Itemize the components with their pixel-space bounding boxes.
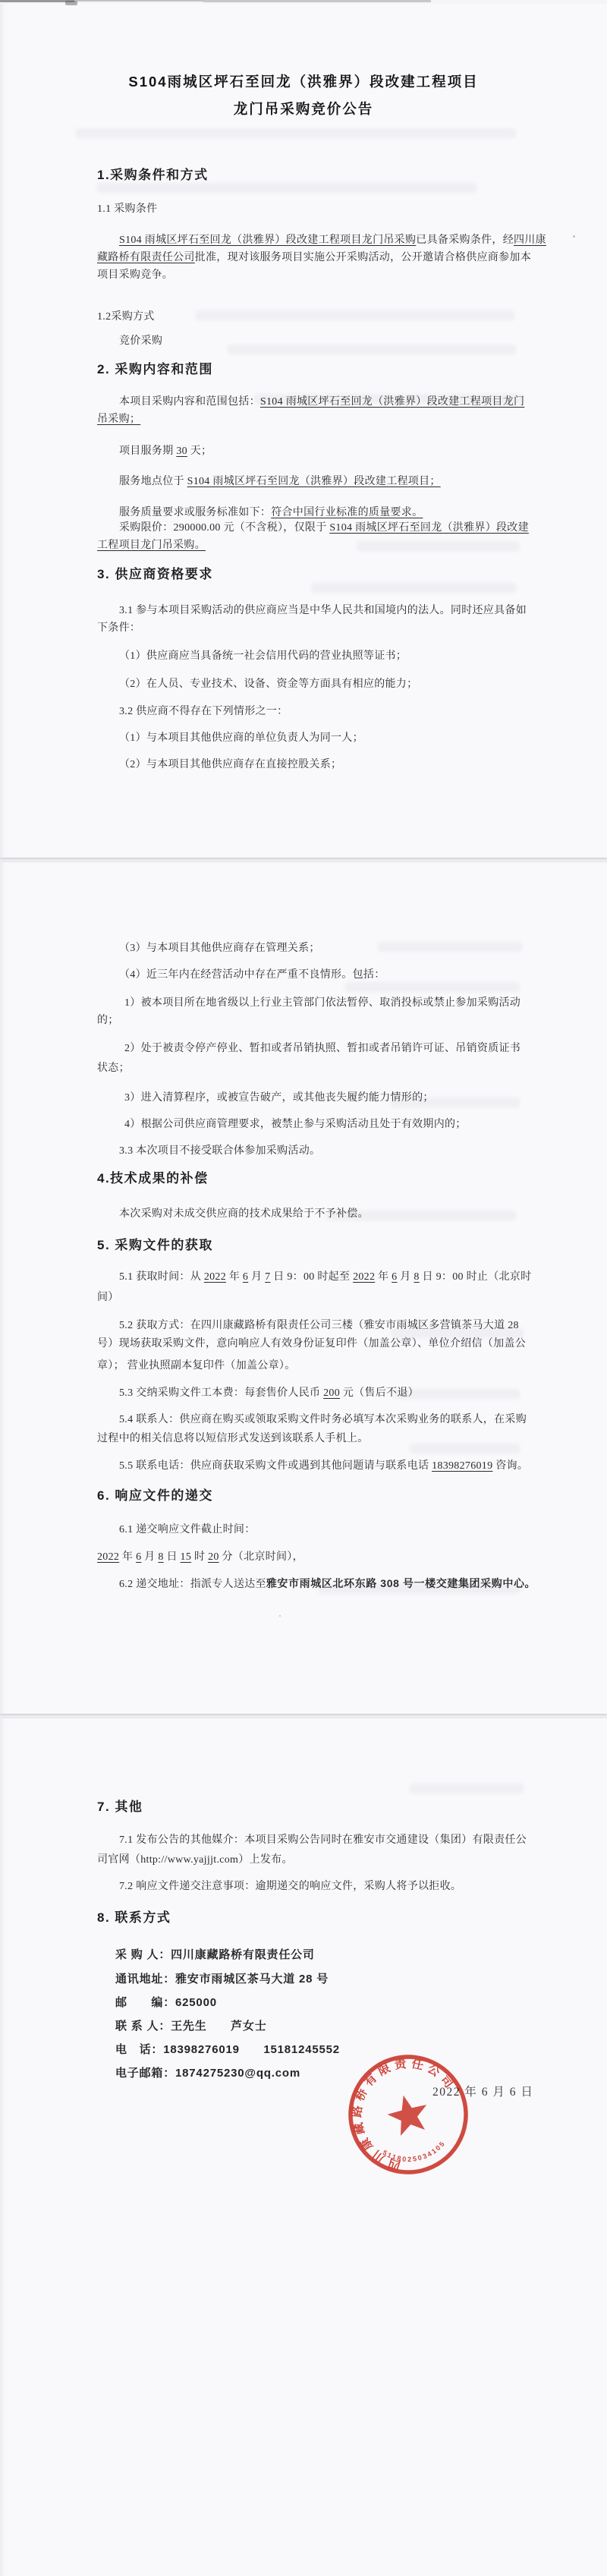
bad-record-4: 4）根据公司供应商管理要求，被禁止参与采购活动且处于有效期内的； xyxy=(124,1116,467,1131)
text-segment: 服务地点位于 xyxy=(119,476,187,487)
service-location: 服务地点位于 S104 雨城区坪石至回龙（洪雅界）段改建工程项目； xyxy=(119,473,441,488)
page-3 xyxy=(0,1718,607,2576)
contact-address: 通讯地址：雅安市雨城区茶马大道 28 号 xyxy=(115,1970,329,1986)
document-scan: S104雨城区坪石至回龙（洪雅界）段改建工程项目 龙门吊采购竞价公告 1.采购条… xyxy=(0,0,607,2576)
text-segment: S104 雨城区坪石至回龙（洪雅界）段改建工程项目； xyxy=(187,476,441,487)
deadline-date: 2022 年 6 月 8 日 15 时 20 分（北京时间）， xyxy=(97,1548,303,1564)
bleed-through-smudge xyxy=(97,183,476,193)
section-6-heading: 6. 响应文件的递交 xyxy=(97,1485,213,1504)
contact-phones: 电 话：18398276019 15181245552 xyxy=(115,2041,340,2057)
section-2-heading: 2. 采购内容和范围 xyxy=(97,358,213,377)
text-segment: 日 9：00 时起至 xyxy=(270,1271,353,1283)
text-segment: 5.5 联系电话：供应商获取采购文件或遇到其他问题请与联系电话 xyxy=(119,1460,432,1472)
qualification-item-2: （2）在人员、专业技术、设备、资金等方面具有相应的能力； xyxy=(119,675,417,691)
text-segment: 本项目采购内容和范围包括： xyxy=(119,396,260,408)
bleed-through-smudge xyxy=(410,1784,524,1793)
scan-edge-blot xyxy=(65,1,77,5)
price-limit-line2: 工程项目龙门吊采购。 xyxy=(97,537,206,552)
text-segment: 分（北京时间）， xyxy=(219,1551,303,1563)
price-limit-line1: 采购限价：290000.00 元（不含税），仅限于 S104 雨城区坪石至回龙（… xyxy=(119,519,529,534)
para-3-1-line1: 3.1 参与本项目采购活动的供应商应当是中华人民共和国境内的法人。同时还应具备如 xyxy=(119,602,527,617)
scan-edge-light-segment xyxy=(74,0,203,2)
doc-title-line2: 龙门吊采购竞价公告 xyxy=(0,99,607,118)
para-5-5: 5.5 联系电话：供应商获取采购文件或遇到其他问题请与联系电话 18398276… xyxy=(119,1457,528,1472)
text-segment: 元（售后不退） xyxy=(340,1387,419,1399)
text-segment: 日 9：00 时止（北京时 xyxy=(420,1271,532,1283)
service-quality: 服务质量要求或服务标准如下：符合中国行业标准的质量要求。 xyxy=(119,504,423,519)
text-segment: 年 xyxy=(226,1271,243,1283)
text-segment: 服务质量要求或服务标准如下： xyxy=(119,507,271,518)
bleed-through-smudge xyxy=(410,1444,520,1453)
text-segment: 2022 xyxy=(353,1271,375,1283)
scan-edge-top xyxy=(0,0,607,4)
bleed-through-smudge xyxy=(76,128,516,138)
text-segment: 30 xyxy=(176,446,187,457)
text-segment: 8 xyxy=(158,1551,163,1563)
text-segment: 20 xyxy=(208,1551,219,1563)
para-6-1: 6.1 递交响应文件截止时间： xyxy=(119,1521,256,1536)
service-period: 项目服务期 30 天； xyxy=(119,442,212,458)
para-5-4-line1: 5.4 联系人：供应商在购买或领取采购文件时务必填写本次采购业务的联系人，在采购 xyxy=(119,1411,527,1426)
text-segment: 已具备采购条件，经 xyxy=(416,235,514,246)
section-3-heading: 3. 供应商资格要求 xyxy=(97,563,213,582)
section-7-heading: 7. 其他 xyxy=(97,1796,143,1815)
text-segment: 采购限价：290000.00 元（不含税），仅限于 xyxy=(119,522,329,534)
section-1-2-subheading: 1.2采购方式 xyxy=(97,308,155,323)
para-7-2: 7.2 响应文件递交注意事项：逾期递交的响应文件，采购人将予以拒收。 xyxy=(119,1878,461,1893)
scan-speck xyxy=(279,1615,281,1617)
text-segment: 天； xyxy=(187,446,212,457)
company-seal-graphic: 四川康藏路桥有限责任公司 5118025034105 xyxy=(326,2032,491,2197)
para-conditions-line2: 藏路桥有限责任公司批准，现对该服务项目实施公开采购活动，公开邀请合格供应商参加本 xyxy=(97,249,531,264)
para-3-1-line2: 下条件： xyxy=(97,619,140,635)
text-segment: 工程项目龙门吊采购。 xyxy=(97,540,206,551)
text-segment: S104 雨城区坪石至回龙（洪雅界）段改建 xyxy=(329,522,529,534)
bad-record-1-line1: 1）被本项目所在地省级以上行业主管部门依法暂停、取消投标或禁止参加采购活动 xyxy=(124,994,521,1009)
para-3-2: 3.2 供应商不得存在下列情形之一： xyxy=(119,703,288,718)
text-segment: 咨询。 xyxy=(492,1460,528,1472)
company-seal: 四川康藏路桥有限责任公司 5118025034105 xyxy=(340,2046,476,2183)
bleed-through-smudge xyxy=(357,541,520,551)
scan-edge-gray-segment xyxy=(203,0,431,2)
text-segment: 8 xyxy=(414,1271,419,1283)
qualification-item-1: （1）供应商应当具备统一社会信用代码的营业执照等证书； xyxy=(119,647,407,663)
text-segment: 时 xyxy=(191,1551,208,1563)
scan-speck xyxy=(573,235,575,238)
section-1-1-subheading: 1.1 采购条件 xyxy=(97,200,157,216)
section-1-heading: 1.采购条件和方式 xyxy=(97,164,209,183)
para-conditions-line1: S104 雨城区坪石至回龙（洪雅界）段改建工程项目龙门吊采购已具备采购条件，经四… xyxy=(119,231,546,247)
contact-persons: 联 系 人：王先生 芦女士 xyxy=(115,2017,267,2033)
para-5-1-line1: 5.1 获取时间：从 2022 年 6 月 7 日 9：00 时起至 2022 … xyxy=(119,1268,531,1283)
contact-buyer: 采 购 人：四川康藏路桥有限责任公司 xyxy=(115,1946,315,1962)
bleed-through-smudge xyxy=(196,310,514,320)
para-scope-line2: 吊采购； xyxy=(97,411,140,426)
contact-email: 电子邮箱：1874275230@qq.com xyxy=(115,2064,300,2080)
para-5-4-line2: 过程中的相关信息将以短信形式发送到该联系人手机上。 xyxy=(97,1430,369,1445)
bid-method: 竞价采购 xyxy=(119,332,162,348)
text-segment: S104 雨城区坪石至回龙（洪雅界）段改建工程项目龙门吊采购 xyxy=(119,235,416,246)
text-segment: 日 xyxy=(164,1551,181,1563)
text-segment: 18398276019 xyxy=(432,1460,492,1472)
text-segment: 雅安市雨城区北环东路 308 号一楼交建集团采购中心。 xyxy=(266,1577,536,1589)
section-4-heading: 4.技术成果的补偿 xyxy=(97,1167,209,1186)
text-segment: 15 xyxy=(181,1551,192,1563)
para-4: 本次采购对未成交供应商的技术成果给于不予补偿。 xyxy=(119,1205,369,1220)
text-segment: S104 雨城区坪石至回龙（洪雅界）段改建工程项目龙门 xyxy=(260,396,524,408)
para-3-3: 3.3 本次项目不接受联合体参加采购活动。 xyxy=(119,1142,320,1157)
bad-record-2-line2: 状态； xyxy=(97,1060,130,1075)
section-5-heading: 5. 采购文件的获取 xyxy=(97,1234,213,1253)
text-segment: 年 xyxy=(375,1271,392,1283)
bleed-through-smudge xyxy=(228,345,516,354)
text-segment: 2022 xyxy=(97,1551,119,1563)
text-segment: 月 xyxy=(397,1271,414,1283)
para-5-1-line2: 间） xyxy=(97,1289,119,1304)
para-7-1-line2: 司官网（http://www.yajjjt.com）上发布。 xyxy=(97,1851,293,1866)
bad-record-1-line2: 的； xyxy=(97,1012,119,1027)
bleed-through-smudge xyxy=(378,942,522,952)
bleed-through-smudge xyxy=(345,982,520,992)
restriction-item-4: （4）近三年内在经营活动中存在严重不良情形。包括： xyxy=(119,966,385,981)
restriction-item-1: （1）与本项目其他供应商的单位负责人为同一人； xyxy=(119,729,363,745)
text-segment: 年 xyxy=(119,1551,136,1563)
scan-edge-dark-segment xyxy=(0,0,74,2)
text-segment: 藏路桥有限责任公司 xyxy=(97,252,195,263)
doc-title-line1: S104雨城区坪石至回龙（洪雅界）段改建工程项目 xyxy=(0,71,607,91)
text-segment: 项目采购竞争。 xyxy=(97,269,173,281)
para-5-2-line3: 章）； 营业执照副本复印件（加盖公章）。 xyxy=(97,1357,296,1372)
para-conditions-line3: 项目采购竞争。 xyxy=(97,266,173,282)
para-6-2: 6.2 递交地址：指派专人送达至雅安市雨城区北环东路 308 号一楼交建集团采购… xyxy=(119,1576,536,1591)
text-segment: 批准，现对该服务项目实施公开采购活动，公开邀请合格供应商参加本 xyxy=(195,252,531,263)
text-segment: 6.2 递交地址：指派专人送达至 xyxy=(119,1579,266,1590)
para-5-2-line2: 号）现场获取采购文件，意向响应人有效身份证复印件（加盖公章）、单位介绍信（加盖公 xyxy=(97,1335,526,1350)
para-5-3: 5.3 交纳采购文件工本费：每套售价人民币 200 元（售后不退） xyxy=(119,1384,419,1400)
text-segment: 200 xyxy=(323,1387,340,1399)
para-5-2-line1: 5.2 获取方式：在四川康藏路桥有限责任公司三楼（雅安市雨城区多营镇茶马大道 2… xyxy=(119,1317,519,1332)
text-segment: 吊采购； xyxy=(97,414,140,425)
text-segment: 月 xyxy=(141,1551,158,1563)
para-scope-line1: 本项目采购内容和范围包括：S104 雨城区坪石至回龙（洪雅界）段改建工程项目龙门 xyxy=(119,393,524,408)
bleed-through-smudge xyxy=(311,583,516,593)
text-segment: 5.1 获取时间：从 xyxy=(119,1271,204,1283)
section-8-heading: 8. 联系方式 xyxy=(97,1907,171,1926)
contact-zipcode: 邮 编：625000 xyxy=(115,1994,217,2010)
text-segment: 月 xyxy=(248,1271,265,1283)
text-segment: 5.3 交纳采购文件工本费：每套售价人民币 xyxy=(119,1387,323,1399)
para-7-1-line1: 7.1 发布公告的其他媒介：本项目采购公告同时在雅安市交通建设（集团）有限责任公 xyxy=(119,1831,527,1847)
restriction-item-2: （2）与本项目其他供应商存在直接控股关系； xyxy=(119,756,341,771)
text-segment: 2022 xyxy=(204,1271,226,1283)
seal-star-icon xyxy=(384,2090,432,2137)
text-segment: 项目服务期 xyxy=(119,446,176,457)
text-segment: 符合中国行业标准的质量要求。 xyxy=(271,507,423,518)
bad-record-3: 3）进入清算程序，或被宣告破产，或其他丧失履约能力情形的； xyxy=(124,1089,434,1104)
restriction-item-3: （3）与本项目其他供应商存在管理关系； xyxy=(119,940,320,955)
text-segment: 四川康 xyxy=(514,235,546,246)
bad-record-2-line1: 2）处于被责令停产停业、暂扣或者吊销执照、暂扣或者吊销许可证、吊销资质证书 xyxy=(124,1040,521,1055)
